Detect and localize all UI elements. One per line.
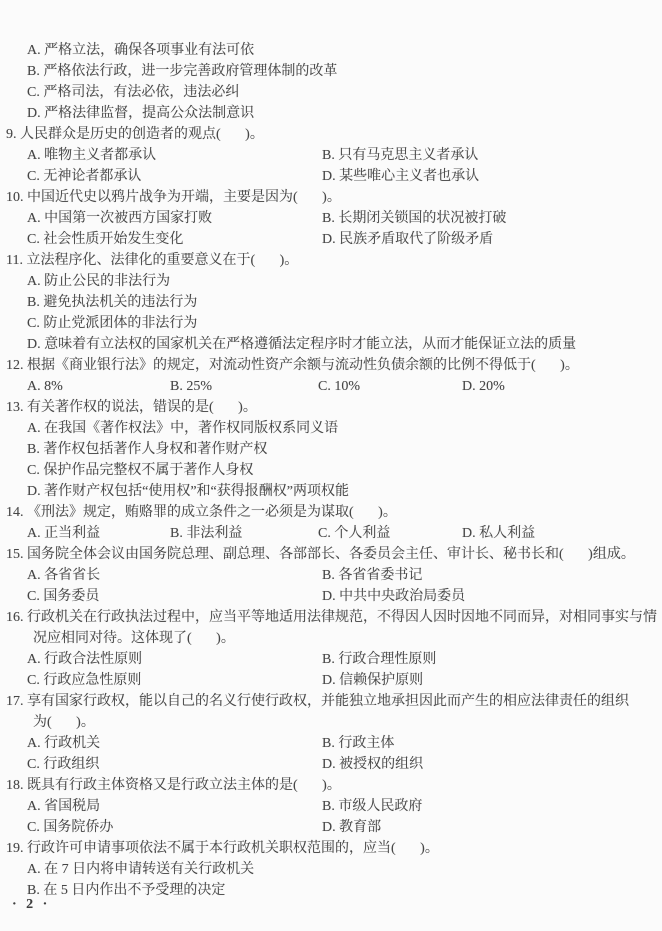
question-stem: 14. 《刑法》规定，贿赂罪的成立条件之一必须是为谋取( )。 [0,502,662,523]
option-a: A. 严格立法，确保各项事业有法可依 [0,40,662,61]
question-block: 15. 国务院全体会议由国务院总理、副总理、各部部长、各委员会主任、审计长、秘书… [0,544,662,607]
question-block: 19. 行政许可申请事项依法不属于本行政机关职权范围的，应当( )。A. 在 7… [0,838,662,901]
option-c: C. 国务院侨办 [27,817,113,838]
option-c: C. 保护作品完整权不属于著作人身权 [0,460,662,481]
option-row: A. 各省省长B. 各省省委书记 [0,565,662,586]
option-row: A. 中国第一次被西方国家打败B. 长期闭关锁国的状况被打破 [0,208,662,229]
option-c: C. 行政组织 [27,754,99,775]
option-row: A. 行政合法性原则B. 行政合理性原则 [0,649,662,670]
option-d: D. 某些唯心主义者也承认 [322,166,479,187]
option-row: C. 行政组织D. 被授权的组织 [0,754,662,775]
option-d: D. 意味着有立法权的国家机关在严格遵循法定程序时才能立法，从而才能保证立法的质… [0,334,662,355]
option-b: B. 市级人民政府 [322,796,422,817]
option-a: A. 行政机关 [27,733,100,754]
option-row: A. 唯物主义者都承认B. 只有马克思主义者承认 [0,145,662,166]
question-stem-continuation: 况应相同对待。这体现了( )。 [0,628,662,649]
question-stem: 15. 国务院全体会议由国务院总理、副总理、各部部长、各委员会主任、审计长、秘书… [0,544,662,565]
question-block: 11. 立法程序化、法律化的重要意义在于( )。A. 防止公民的非法行为B. 避… [0,250,662,355]
option-a: A. 唯物主义者都承认 [27,145,156,166]
option-b: B. 严格依法行政，进一步完善政府管理体制的改革 [0,61,662,82]
option-d: D. 严格法律监督，提高公众法制意识 [0,103,662,124]
option-b: B. 避免执法机关的违法行为 [0,292,662,313]
question-stem: 10. 中国近代史以鸦片战争为开端，主要是因为( )。 [0,187,662,208]
question-block: A. 严格立法，确保各项事业有法可依B. 严格依法行政，进一步完善政府管理体制的… [0,40,662,124]
option-c: C. 个人利益 [318,523,390,544]
question-stem: 19. 行政许可申请事项依法不属于本行政机关职权范围的，应当( )。 [0,838,662,859]
option-d: D. 信赖保护原则 [322,670,423,691]
option-d: D. 私人利益 [462,523,535,544]
option-c: C. 防止党派团体的非法行为 [0,313,662,334]
option-d: D. 被授权的组织 [322,754,423,775]
question-block: 16. 行政机关在行政执法过程中，应当平等地适用法律规范，不得因人因时因地不同而… [0,607,662,691]
option-d: D. 中共中央政治局委员 [322,586,465,607]
question-stem: 11. 立法程序化、法律化的重要意义在于( )。 [0,250,662,271]
question-list: A. 严格立法，确保各项事业有法可依B. 严格依法行政，进一步完善政府管理体制的… [0,0,662,901]
question-block: 10. 中国近代史以鸦片战争为开端，主要是因为( )。A. 中国第一次被西方国家… [0,187,662,250]
option-c: C. 国务委员 [27,586,99,607]
question-stem: 9. 人民群众是历史的创造者的观点( )。 [0,124,662,145]
option-d: D. 教育部 [322,817,381,838]
question-stem: 18. 既具有行政主体资格又是行政立法主体的是( )。 [0,775,662,796]
option-row: C. 国务院侨办D. 教育部 [0,817,662,838]
option-b: B. 在 5 日内作出不予受理的决定 [0,880,662,901]
option-row: C. 无神论者都承认D. 某些唯心主义者也承认 [0,166,662,187]
option-b: B. 行政主体 [322,733,394,754]
option-b: B. 各省省委书记 [322,565,422,586]
exam-page-scan: A. 严格立法，确保各项事业有法可依B. 严格依法行政，进一步完善政府管理体制的… [0,0,662,931]
option-c: C. 10% [318,376,360,397]
option-d: D. 著作财产权包括“使用权”和“获得报酬权”两项权能 [0,481,662,502]
question-stem: 12. 根据《商业银行法》的规定，对流动性资产余额与流动性负债余额的比例不得低于… [0,355,662,376]
page-number: · 2 · [12,897,50,913]
option-d: D. 民族矛盾取代了阶级矛盾 [322,229,493,250]
question-block: 14. 《刑法》规定，贿赂罪的成立条件之一必须是为谋取( )。A. 正当利益B.… [0,502,662,544]
question-block: 12. 根据《商业银行法》的规定，对流动性资产余额与流动性负债余额的比例不得低于… [0,355,662,397]
option-row: C. 国务委员D. 中共中央政治局委员 [0,586,662,607]
option-a: A. 中国第一次被西方国家打败 [27,208,212,229]
option-b: B. 非法利益 [170,523,242,544]
question-block: 9. 人民群众是历史的创造者的观点( )。A. 唯物主义者都承认B. 只有马克思… [0,124,662,187]
option-a: A. 在我国《著作权法》中，著作权同版权系同义语 [0,418,662,439]
option-a: A. 正当利益 [27,523,100,544]
question-block: 17. 享有国家行政权，能以自己的名义行使行政权，并能独立地承担因此而产生的相应… [0,691,662,775]
question-stem-continuation: 为( )。 [0,712,662,733]
option-c: C. 社会性质开始发生变化 [27,229,183,250]
option-a: A. 省国税局 [27,796,100,817]
option-row: A. 正当利益B. 非法利益C. 个人利益D. 私人利益 [0,523,662,544]
option-b: B. 25% [170,376,212,397]
option-b: B. 长期闭关锁国的状况被打破 [322,208,506,229]
option-a: A. 防止公民的非法行为 [0,271,662,292]
option-row: A. 行政机关B. 行政主体 [0,733,662,754]
option-a: A. 行政合法性原则 [27,649,142,670]
option-row: C. 社会性质开始发生变化D. 民族矛盾取代了阶级矛盾 [0,229,662,250]
question-block: 18. 既具有行政主体资格又是行政立法主体的是( )。A. 省国税局B. 市级人… [0,775,662,838]
question-block: 13. 有关著作权的说法，错误的是( )。A. 在我国《著作权法》中，著作权同版… [0,397,662,502]
option-c: C. 严格司法，有法必依，违法必纠 [0,82,662,103]
option-a: A. 各省省长 [27,565,100,586]
question-stem: 16. 行政机关在行政执法过程中，应当平等地适用法律规范，不得因人因时因地不同而… [0,607,662,628]
question-stem: 13. 有关著作权的说法，错误的是( )。 [0,397,662,418]
option-row: A. 8%B. 25%C. 10%D. 20% [0,376,662,397]
option-row: C. 行政应急性原则D. 信赖保护原则 [0,670,662,691]
option-b: B. 行政合理性原则 [322,649,436,670]
option-a: A. 在 7 日内将申请转送有关行政机关 [0,859,662,880]
option-c: C. 无神论者都承认 [27,166,141,187]
option-b: B. 只有马克思主义者承认 [322,145,478,166]
option-c: C. 行政应急性原则 [27,670,141,691]
option-row: A. 省国税局B. 市级人民政府 [0,796,662,817]
option-a: A. 8% [27,376,63,397]
question-stem: 17. 享有国家行政权，能以自己的名义行使行政权，并能独立地承担因此而产生的相应… [0,691,662,712]
option-b: B. 著作权包括著作人身权和著作财产权 [0,439,662,460]
option-d: D. 20% [462,376,505,397]
